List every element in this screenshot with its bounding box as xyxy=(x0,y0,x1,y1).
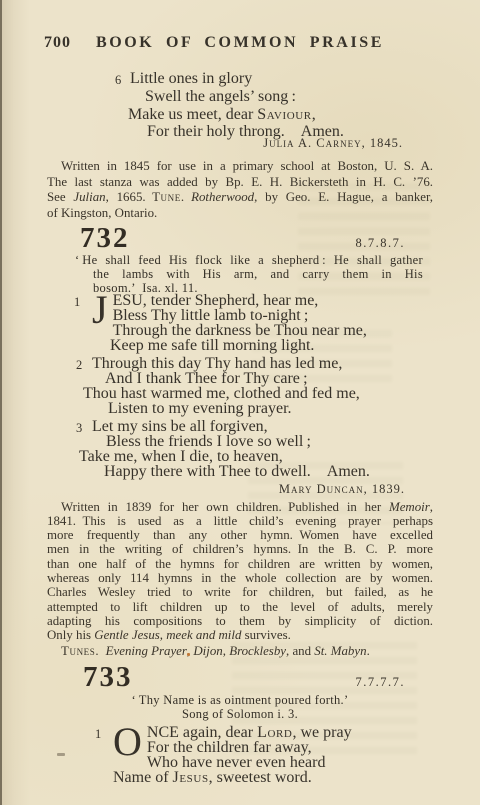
verse-line: NCE again, dear Lord, we pray xyxy=(113,725,433,740)
note-line: Only his Gentle Jesus, meek and mild sur… xyxy=(47,628,433,642)
small-caps-text: Tunes. xyxy=(61,644,99,658)
verse-line: For the children far away, xyxy=(113,740,433,755)
text-run: adapting his compositions to them by sim… xyxy=(47,614,433,628)
italic-text: Rotherwood xyxy=(191,190,254,204)
drop-cap-initial: J xyxy=(92,293,113,325)
text-run: . xyxy=(367,644,370,658)
italic-text: Evening Prayer xyxy=(106,644,187,658)
stanza-number: 6 xyxy=(115,72,121,90)
text-run: men in the writing of children’s hymns. … xyxy=(47,542,433,556)
hymn-verses: 1 JESU, tender Shepherd, hear me,Bless T… xyxy=(92,293,433,479)
verse-line: Bless Thy little lamb to-night ; xyxy=(92,308,433,323)
quote-line: Song of Solomon i. 3. xyxy=(47,707,433,721)
verse-line: Keep me safe till morning light. xyxy=(110,338,433,353)
text-run: , xyxy=(312,106,316,123)
text-run: Keep me safe till morning light. xyxy=(110,337,314,354)
note-line: than one half of the hymns for children … xyxy=(47,557,433,571)
small-caps-text: Julia A. Carney, 1845. xyxy=(263,136,403,150)
running-header: 700 BOOK OF COMMON PRAISE xyxy=(47,34,433,56)
verse-line: Let my sins be all forgiven, xyxy=(92,419,433,434)
text-run: of Kingston, Ontario. xyxy=(47,206,157,220)
text-run: Little ones in glory xyxy=(130,70,252,87)
text-run: Name of xyxy=(113,769,173,786)
paper-speck xyxy=(187,653,190,656)
verse-line: Take me, when I die, to heaven, xyxy=(79,449,433,464)
hymn-stanza: 3 Let my sins be all forgiven,Bless the … xyxy=(92,419,433,479)
text-run: Swell the angels’ song : xyxy=(145,88,296,105)
italic-text: Julian xyxy=(73,190,105,204)
text-run: Written in 1839 for her own children. Pu… xyxy=(61,500,389,514)
text-run: Charles Wesley tried to write for childr… xyxy=(47,585,433,599)
small-caps-text: Saviour xyxy=(257,106,311,123)
verse-line: Name of Jesus, sweetest word. xyxy=(113,770,433,785)
author-attribution: Julia A. Carney, 1845. xyxy=(47,136,433,151)
stanza-lines: Let my sins be all forgiven,Bless the fr… xyxy=(92,419,433,479)
note-line: adapting his compositions to them by sim… xyxy=(47,614,433,628)
drop-cap-initial: O xyxy=(113,725,147,757)
text-run: Listen to my evening prayer. xyxy=(108,400,292,417)
verse-line: Bless the friends I love so well ; xyxy=(106,434,433,449)
stanza-number: 2 xyxy=(76,358,82,373)
note-line: Charles Wesley tried to write for childr… xyxy=(47,585,433,599)
note-line: The last stanza was added by Bp. E. H. B… xyxy=(47,175,433,191)
text-run: The last stanza was added by Bp. E. H. B… xyxy=(47,175,433,189)
note-line: men in the writing of children’s hymns. … xyxy=(47,542,433,556)
text-run: Only his xyxy=(47,628,94,642)
note-line: of Kingston, Ontario. xyxy=(47,206,433,222)
stanza-lines: Through this day Thy hand has led me,And… xyxy=(92,356,433,416)
scripture-quote: ‘ Thy Name is as ointment poured forth.’… xyxy=(47,693,433,721)
verse-line: Through the darkness be Thou near me, xyxy=(92,323,433,338)
quote-line: the lambs with His arm, and carry them i… xyxy=(93,267,423,281)
text-run: Make us meet, dear xyxy=(128,106,257,123)
text-run: 1841. This is used as a little child’s e… xyxy=(47,514,433,528)
text-run: Written in 1845 for use in a primary sch… xyxy=(61,159,433,173)
stanza-lines: Little ones in glorySwell the angels’ so… xyxy=(130,70,433,141)
note-line: See Julian, 1665. Tune. Rotherwood, by G… xyxy=(47,190,433,206)
note-line: 1841. This is used as a little child’s e… xyxy=(47,514,433,528)
hymn-number: 733 xyxy=(83,663,133,691)
italic-text: Gentle Jesus, meek and mild xyxy=(94,628,241,642)
small-caps-text: Mary Duncan, 1839. xyxy=(279,482,405,496)
book-page: 700 BOOK OF COMMON PRAISE 6 Little ones … xyxy=(0,0,480,805)
text-run: , xyxy=(430,500,433,514)
verse-line: Little ones in glory xyxy=(130,70,433,88)
stanza-number: 3 xyxy=(76,421,82,436)
italic-text: Dijon xyxy=(193,644,222,658)
hymn-meter: 8.7.8.7. xyxy=(356,236,406,251)
tunes-line: Tunes. Evening Prayer, Dijon, Brocklesby… xyxy=(47,644,433,660)
stanza-lines: JESU, tender Shepherd, hear me,Bless Thy… xyxy=(92,293,433,353)
text-run: attempted to lift children up to the lev… xyxy=(47,600,433,614)
text-run: than one half of the hymns for children … xyxy=(47,557,433,571)
text-run: whereas only 114 hymns in the whole coll… xyxy=(47,571,433,585)
stanza-lines: ONCE again, dear Lord, we prayFor the ch… xyxy=(113,725,433,785)
verse-line: And I thank Thee for Thy care ; xyxy=(105,371,433,386)
note-line: Tunes. Evening Prayer, Dijon, Brocklesby… xyxy=(61,644,433,660)
small-caps-text: Tune. xyxy=(152,190,185,204)
italic-text: St. Mabyn xyxy=(314,644,366,658)
small-caps-text: Jesus xyxy=(173,769,209,786)
italic-text: Memoir xyxy=(389,500,430,514)
text-run: more frequently than any other hymn. Wom… xyxy=(47,528,433,542)
hymn-stanza: 6 Little ones in glorySwell the angels’ … xyxy=(130,70,433,141)
commentary-note: Written in 1845 for use in a primary sch… xyxy=(47,159,433,221)
verse-line: Listen to my evening prayer. xyxy=(108,401,433,416)
note-line: attempted to lift children up to the lev… xyxy=(47,600,433,614)
hymn-header: 733 7.7.7.7. xyxy=(47,663,433,691)
hymn-stanza: 1 ONCE again, dear Lord, we prayFor the … xyxy=(113,725,433,785)
text-run: survives. xyxy=(241,628,290,642)
note-line: more frequently than any other hymn. Wom… xyxy=(47,528,433,542)
hymn-header: 732 8.7.8.7. xyxy=(47,224,433,252)
quote-line: ‘ He shall feed His flock like a shepher… xyxy=(75,253,423,267)
verse-line: Happy there with Thee to dwell. Amen. xyxy=(104,464,433,479)
paper-speck xyxy=(57,753,65,756)
note-line: Written in 1839 for her own children. Pu… xyxy=(61,500,433,514)
text-run: the lambs with His arm, and carry them i… xyxy=(93,267,423,281)
text-run: , and xyxy=(286,644,314,658)
text-run: ‘ Thy Name is as ointment poured forth.’ xyxy=(132,693,349,707)
hymn-number: 732 xyxy=(80,224,130,252)
text-run: Happy there with Thee to dwell. Amen. xyxy=(104,463,370,480)
verse-line: ESU, tender Shepherd, hear me, xyxy=(92,293,433,308)
author-attribution: Mary Duncan, 1839. xyxy=(47,482,433,497)
text-run: ‘ He shall feed His flock like a shepher… xyxy=(75,253,423,267)
italic-text: Brocklesby xyxy=(229,644,286,658)
hymn-stanza: 2 Through this day Thy hand has led me,A… xyxy=(92,356,433,416)
stanza-number: 1 xyxy=(95,727,101,742)
verse-line: Thou hast warmed me, clothed and fed me, xyxy=(83,386,433,401)
text-run: , by Geo. E. Hague, a banker, xyxy=(254,190,433,204)
verse-line: Through this day Thy hand has led me, xyxy=(92,356,433,371)
text-run: See xyxy=(47,190,73,204)
text-run: , 1665. xyxy=(106,190,152,204)
verse-line: Who have never even heard xyxy=(113,755,433,770)
commentary-note: Written in 1839 for her own children. Pu… xyxy=(47,500,433,643)
book-title: BOOK OF COMMON PRAISE xyxy=(47,34,433,52)
verse-line: Swell the angels’ song : xyxy=(145,88,433,106)
quote-line: ‘ Thy Name is as ointment poured forth.’ xyxy=(47,693,433,707)
verse-line: Make us meet, dear Saviour, xyxy=(128,106,433,124)
note-line: Written in 1845 for use in a primary sch… xyxy=(61,159,433,175)
text-run: Song of Solomon i. 3. xyxy=(182,707,298,721)
stanza-number: 1 xyxy=(74,295,80,310)
note-line: whereas only 114 hymns in the whole coll… xyxy=(47,571,433,585)
hymn-stanza: 1 JESU, tender Shepherd, hear me,Bless T… xyxy=(92,293,433,353)
text-run: , sweetest word. xyxy=(209,769,312,786)
hymn-meter: 7.7.7.7. xyxy=(356,675,406,690)
scripture-quote: ‘ He shall feed His flock like a shepher… xyxy=(75,253,423,295)
